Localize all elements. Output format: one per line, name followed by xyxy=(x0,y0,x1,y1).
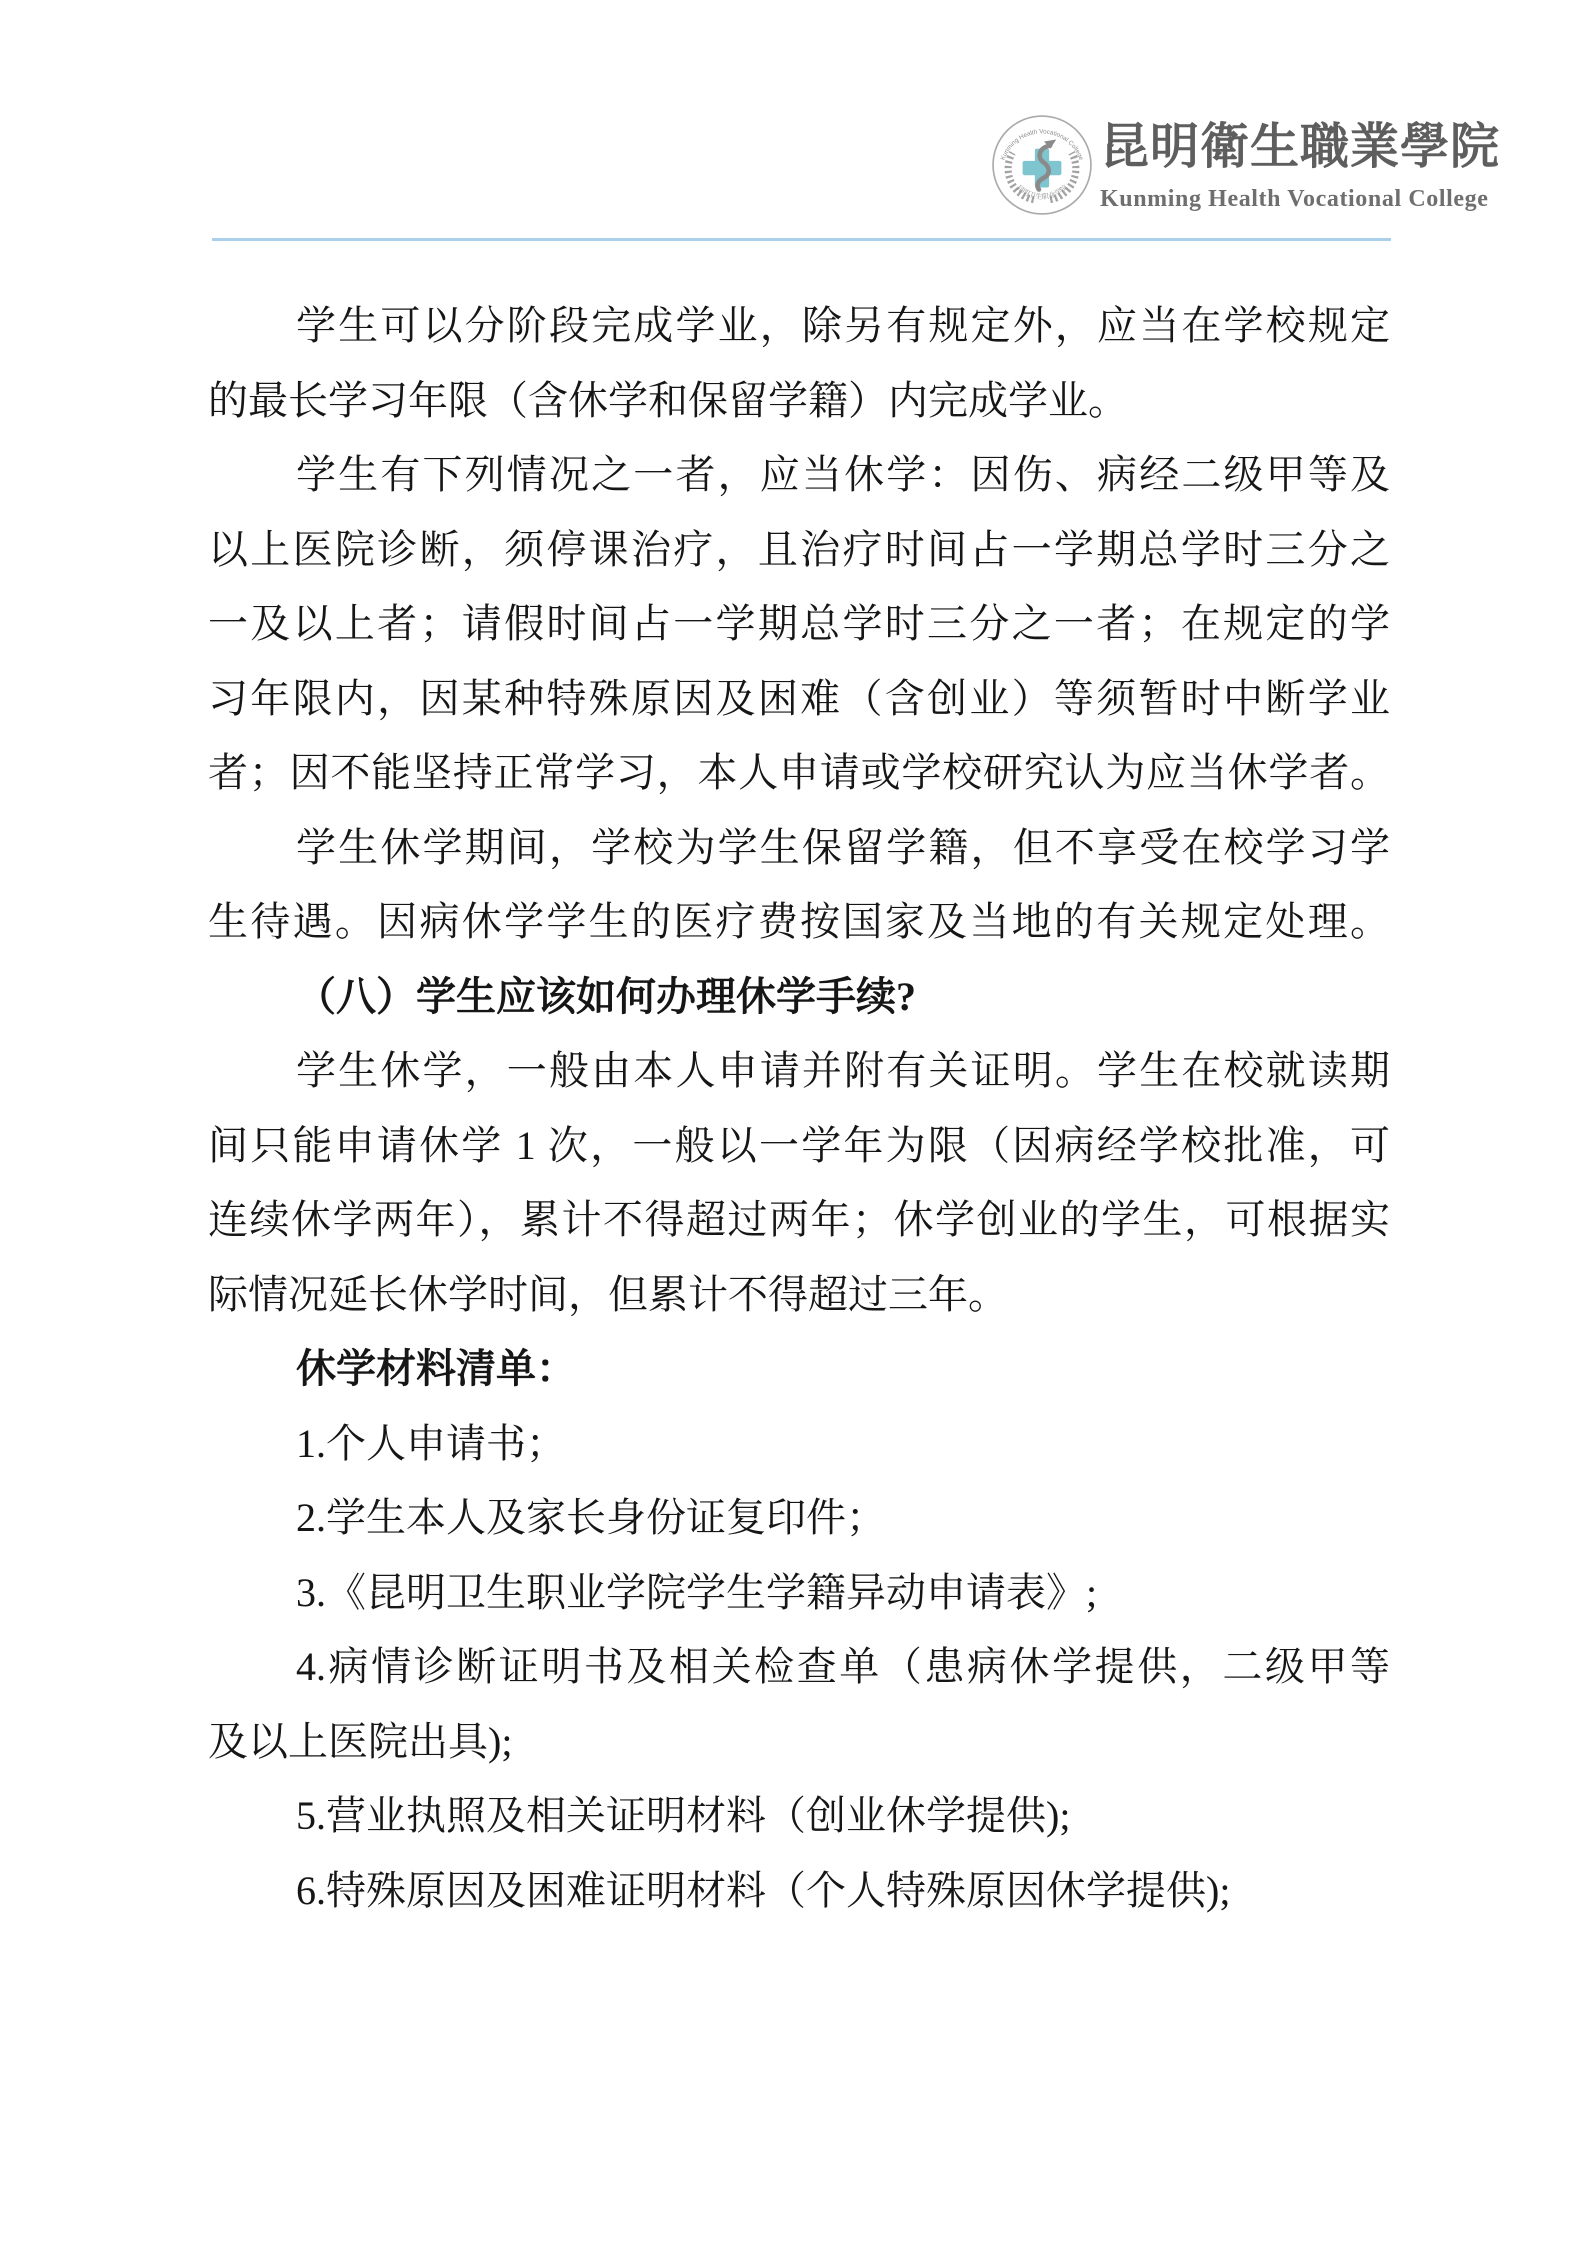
text-line: 生待遇。因病休学学生的医疗费按国家及当地的有关规定处理。 xyxy=(208,885,1390,960)
document-body: 学生可以分阶段完成学业，除另有规定外，应当在学校规定的最长学习年限（含休学和保留… xyxy=(208,289,1390,1928)
text-line: 的最长学习年限（含休学和保留学籍）内完成学业。 xyxy=(208,364,1390,439)
text-line: 2.学生本人及家长身份证复印件； xyxy=(208,1481,1390,1556)
text-line: 间只能申请休学 1 次，一般以一学年为限（因病经学校批准，可 xyxy=(208,1109,1390,1184)
text-line: 学生休学，一般由本人申请并附有关证明。学生在校就读期 xyxy=(208,1034,1390,1109)
header-divider xyxy=(212,238,1391,241)
text-line: 连续休学两年），累计不得超过两年；休学创业的学生，可根据实 xyxy=(208,1183,1390,1258)
text-line: 5.营业执照及相关证明材料（创业休学提供); xyxy=(208,1779,1390,1854)
text-line: 学生休学期间，学校为学生保留学籍，但不享受在校学习学 xyxy=(208,811,1390,886)
calligraphy-title: 昆明衛生職業學院 xyxy=(1100,110,1465,184)
document-page: Kunming Health Vocational College 昆明卫生职业… xyxy=(0,0,1587,2245)
english-title: Kunming Health Vocational College xyxy=(1100,186,1465,213)
college-seal-logo: Kunming Health Vocational College 昆明卫生职业… xyxy=(991,114,1093,216)
text-line: 4.病情诊断证明书及相关检查单（患病休学提供，二级甲等 xyxy=(208,1630,1390,1705)
text-line: 学生可以分阶段完成学业，除另有规定外，应当在学校规定 xyxy=(208,289,1390,364)
text-line: 及以上医院出具); xyxy=(208,1705,1390,1780)
text-line: 学生有下列情况之一者，应当休学：因伤、病经二级甲等及 xyxy=(208,438,1390,513)
text-line: 休学材料清单： xyxy=(208,1332,1390,1407)
text-line: 际情况延长休学时间，但累计不得超过三年。 xyxy=(208,1258,1390,1333)
text-line: 1.个人申请书； xyxy=(208,1407,1390,1482)
text-line: （八）学生应该如何办理休学手续? xyxy=(208,960,1390,1035)
text-line: 一及以上者；请假时间占一学期总学时三分之一者；在规定的学 xyxy=(208,587,1390,662)
text-line: 习年限内，因某种特殊原因及困难（含创业）等须暂时中断学业 xyxy=(208,662,1390,737)
text-line: 以上医院诊断，须停课治疗，且治疗时间占一学期总学时三分之 xyxy=(208,513,1390,588)
text-line: 6.特殊原因及困难证明材料（个人特殊原因休学提供); xyxy=(208,1854,1390,1929)
header-brand: 昆明衛生職業學院 Kunming Health Vocational Colle… xyxy=(1100,110,1465,213)
text-line: 3.《昆明卫生职业学院学生学籍异动申请表》; xyxy=(208,1556,1390,1631)
text-line: 者；因不能坚持正常学习，本人申请或学校研究认为应当休学者。 xyxy=(208,736,1390,811)
